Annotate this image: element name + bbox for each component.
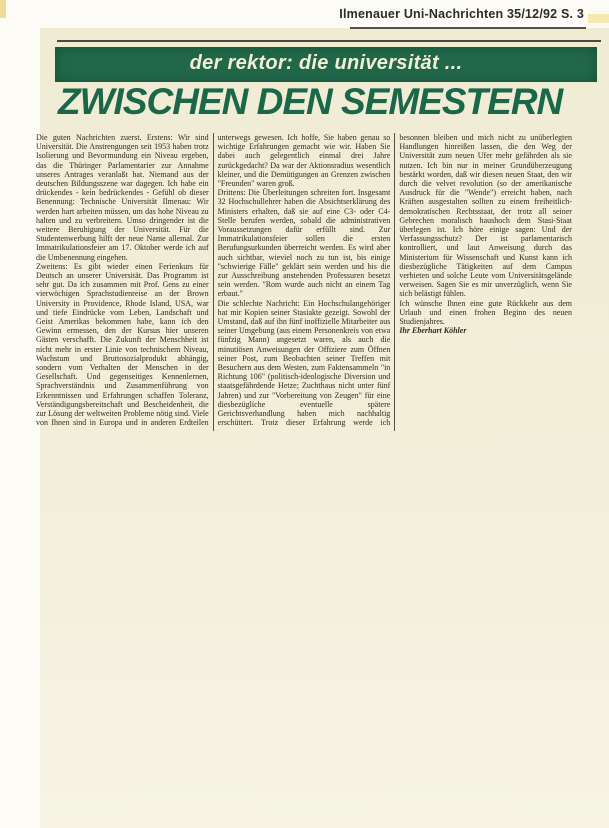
article-paragraph: Drittens: Die Überleitungen schreiten fo… <box>218 188 391 298</box>
scan-mark-topright <box>588 14 609 23</box>
kicker-text: der rektor: die universität ... <box>190 52 463 77</box>
kicker-banner: der rektor: die universität ... <box>55 47 597 82</box>
article-paragraph: Die guten Nachrichten zuerst. Erstens: W… <box>36 133 209 262</box>
banner-top-rule <box>57 40 601 42</box>
article-paragraph: Ich wünsche Ihnen eine gute Rückkehr aus… <box>399 299 572 327</box>
masthead: Ilmenauer Uni-Nachrichten 35/12/92 S. 3 <box>339 7 584 21</box>
article-body: Die guten Nachrichten zuerst. Erstens: W… <box>36 133 572 431</box>
scan-mark-topleft <box>0 0 6 18</box>
document-page: Ilmenauer Uni-Nachrichten 35/12/92 S. 3 … <box>0 0 609 828</box>
masthead-rule <box>350 27 586 29</box>
headline: ZWISCHEN DEN SEMESTERN <box>58 83 603 120</box>
signature: Ihr Eberhart Köhler <box>399 326 572 335</box>
